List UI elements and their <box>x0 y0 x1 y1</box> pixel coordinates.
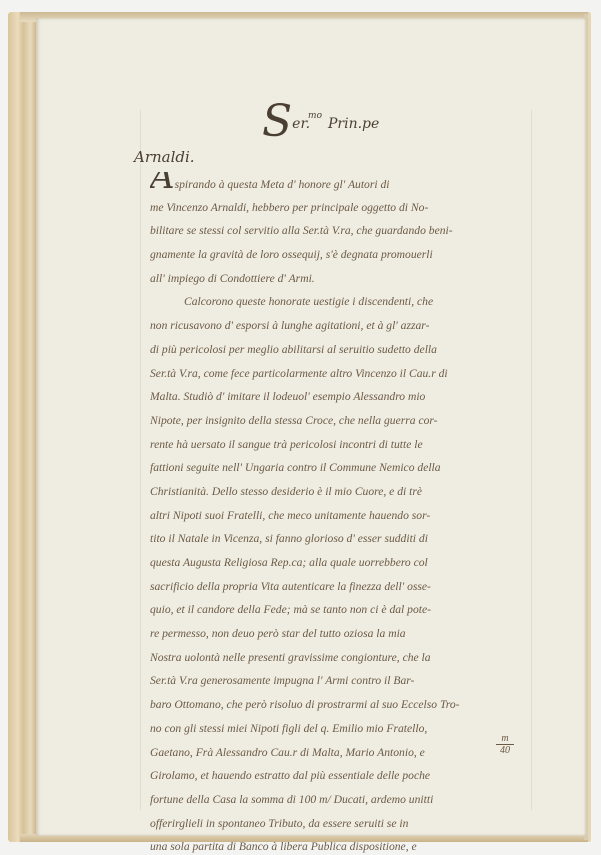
drop-cap: A <box>150 172 175 196</box>
heading-initial: S <box>262 96 292 147</box>
margin-name: Arnaldi. <box>134 148 195 166</box>
text-line: fortune della Casa la somma di 100 m/ Du… <box>150 788 535 812</box>
text-line: Girolamo, et hauendo estratto dal più es… <box>150 764 535 788</box>
text-line: re permesso, non deuo però star del tutt… <box>150 622 535 646</box>
text-line: bilitare se stessi col servitio alla Ser… <box>150 219 535 243</box>
heading-superscript: mo <box>308 111 322 121</box>
catchword-bottom: 40 <box>496 745 514 756</box>
text-line: altri Nipoti suoi Fratelli, che meco uni… <box>150 504 535 528</box>
text-line: tito il Natale in Vicenza, si fanno glor… <box>150 527 535 551</box>
text-line: fattioni seguite nell' Ungaria contro il… <box>150 456 535 480</box>
text-line: Gaetano, Frà Alessandro Cau.r di Malta, … <box>150 741 535 765</box>
text-line: me Vincenzo Arnaldi, hebbero per princip… <box>150 196 535 220</box>
text-line: Aspirando à questa Meta d' honore gl' Au… <box>150 172 535 196</box>
catchword-top: m <box>496 733 514 744</box>
text-line: di più pericolosi per meglio abilitarsi … <box>150 338 535 362</box>
manuscript-body: Aspirando à questa Meta d' honore gl' Au… <box>150 172 535 855</box>
text-line: Nostra uolontà nelle presenti gravissime… <box>150 646 535 670</box>
text-line: Christianità. Dello stesso desiderio è i… <box>150 480 535 504</box>
text-line: rente hà uersato il sangue trà pericolos… <box>150 433 535 457</box>
text-line: Ser.tà V.ra generosamente impugna l' Arm… <box>150 669 535 693</box>
text-line: una sola partita di Banco à libera Publi… <box>150 835 535 855</box>
text-line-content: spirando à questa Meta d' honore gl' Aut… <box>175 178 390 191</box>
page-heading: Ser.moPrin.pe <box>262 100 379 144</box>
text-line: no con gli stessi miei Nipoti figli del … <box>150 717 535 741</box>
page-stack-left-edge <box>8 12 36 842</box>
text-line: Malta. Studiò d' imitare il lodeuol' ese… <box>150 385 535 409</box>
text-line: Calcorono queste honorate uestigie i dis… <box>150 290 535 314</box>
text-line: offerirglieli in spontaneo Tributo, da e… <box>150 812 535 836</box>
text-line: all' impiego di Condottiere d' Armi. <box>150 267 535 291</box>
text-line: Nipote, per insignito della stessa Croce… <box>150 409 535 433</box>
text-line: gnamente la gravità de loro ossequij, s'… <box>150 243 535 267</box>
text-line: Ser.tà V.ra, come fece particolarmente a… <box>150 362 535 386</box>
text-line: quio, et il candore della Fede; mà se ta… <box>150 598 535 622</box>
text-line: baro Ottomano, che però risoluo di prost… <box>150 693 535 717</box>
text-line: sacrificio della propria Vita autenticar… <box>150 575 535 599</box>
catchword: m 40 <box>496 733 514 756</box>
heading-title: Prin.pe <box>328 116 379 132</box>
text-line: non ricusavono d' esporsi à lunghe agita… <box>150 314 535 338</box>
text-line: questa Augusta Religiosa Rep.ca; alla qu… <box>150 551 535 575</box>
